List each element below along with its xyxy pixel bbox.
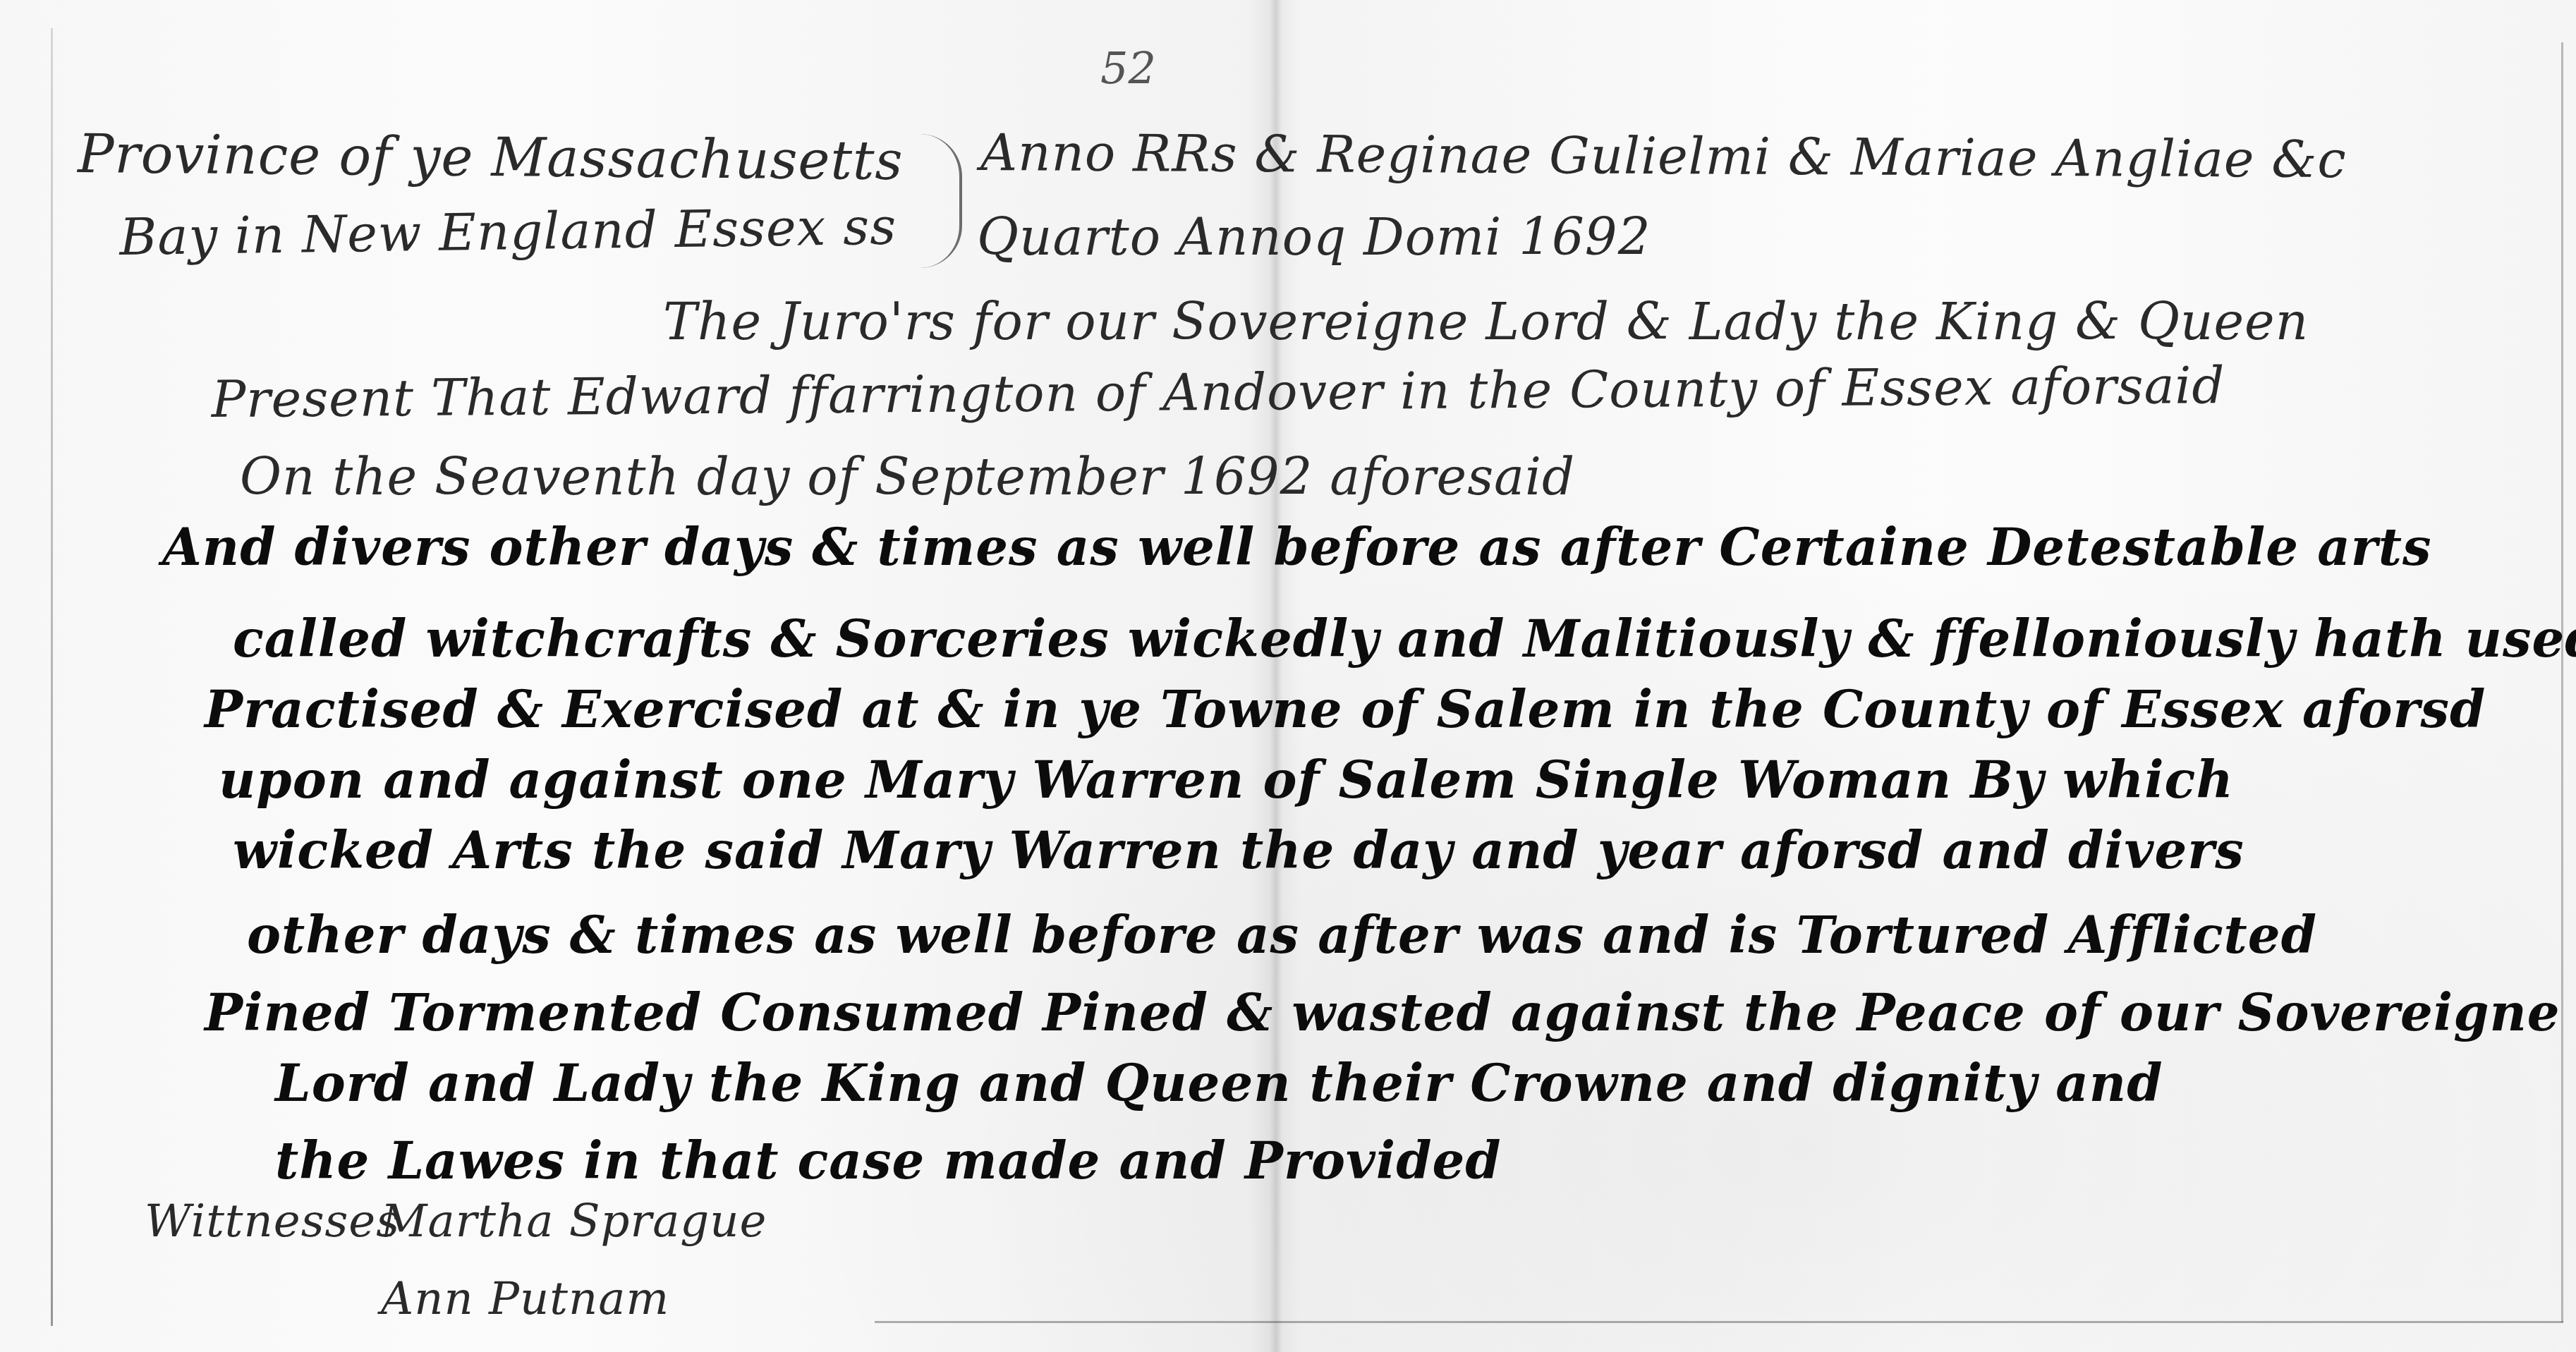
heading-bracket [917, 134, 962, 268]
body-line-9: other days & times as well before as aft… [247, 910, 2317, 961]
body-line-8: wicked Arts the said Mary Warren the day… [233, 825, 2244, 876]
heading-province-line-2: Bay in New England Essex ss [119, 201, 897, 262]
page-edge-bottom [875, 1321, 2563, 1323]
body-line-2: Present That Edward ffarrington of Andov… [211, 360, 2225, 425]
body-line-12: the Lawes in that case made and Provided [275, 1135, 1502, 1186]
heading-province-line-1: Province of ye Massachusetts [78, 127, 904, 188]
page-edge-right [2561, 42, 2563, 1322]
body-line-3: On the Seaventh day of September 1692 af… [240, 451, 1575, 502]
page-number: 52 [1100, 42, 1156, 94]
witness-name-2: Ann Putnam [381, 1277, 669, 1322]
body-line-1: The Juro'rs for our Sovereigne Lord & La… [663, 296, 2309, 347]
witness-name-1: Martha Sprague [381, 1199, 767, 1244]
body-line-10: Pined Tormented Consumed Pined & wasted … [205, 987, 2560, 1038]
heading-regnal-line-2: Quarto Annoq Domi 1692 [977, 212, 1651, 262]
heading-regnal-line-1: Anno RRs & Reginae Gulielmi & Mariae Ang… [980, 127, 2347, 185]
body-line-5: called witchcrafts & Sorceries wickedly … [233, 614, 2576, 664]
page-edge-left [51, 28, 53, 1326]
body-line-4: And divers other days & times as well be… [162, 522, 2432, 573]
body-line-7: upon and against one Mary Warren of Sale… [219, 755, 2234, 805]
body-line-6: Practised & Exercised at & in ye Towne o… [205, 684, 2486, 735]
witness-label: Wittnesses [145, 1199, 400, 1244]
body-line-11: Lord and Lady the King and Queen their C… [275, 1058, 2163, 1109]
